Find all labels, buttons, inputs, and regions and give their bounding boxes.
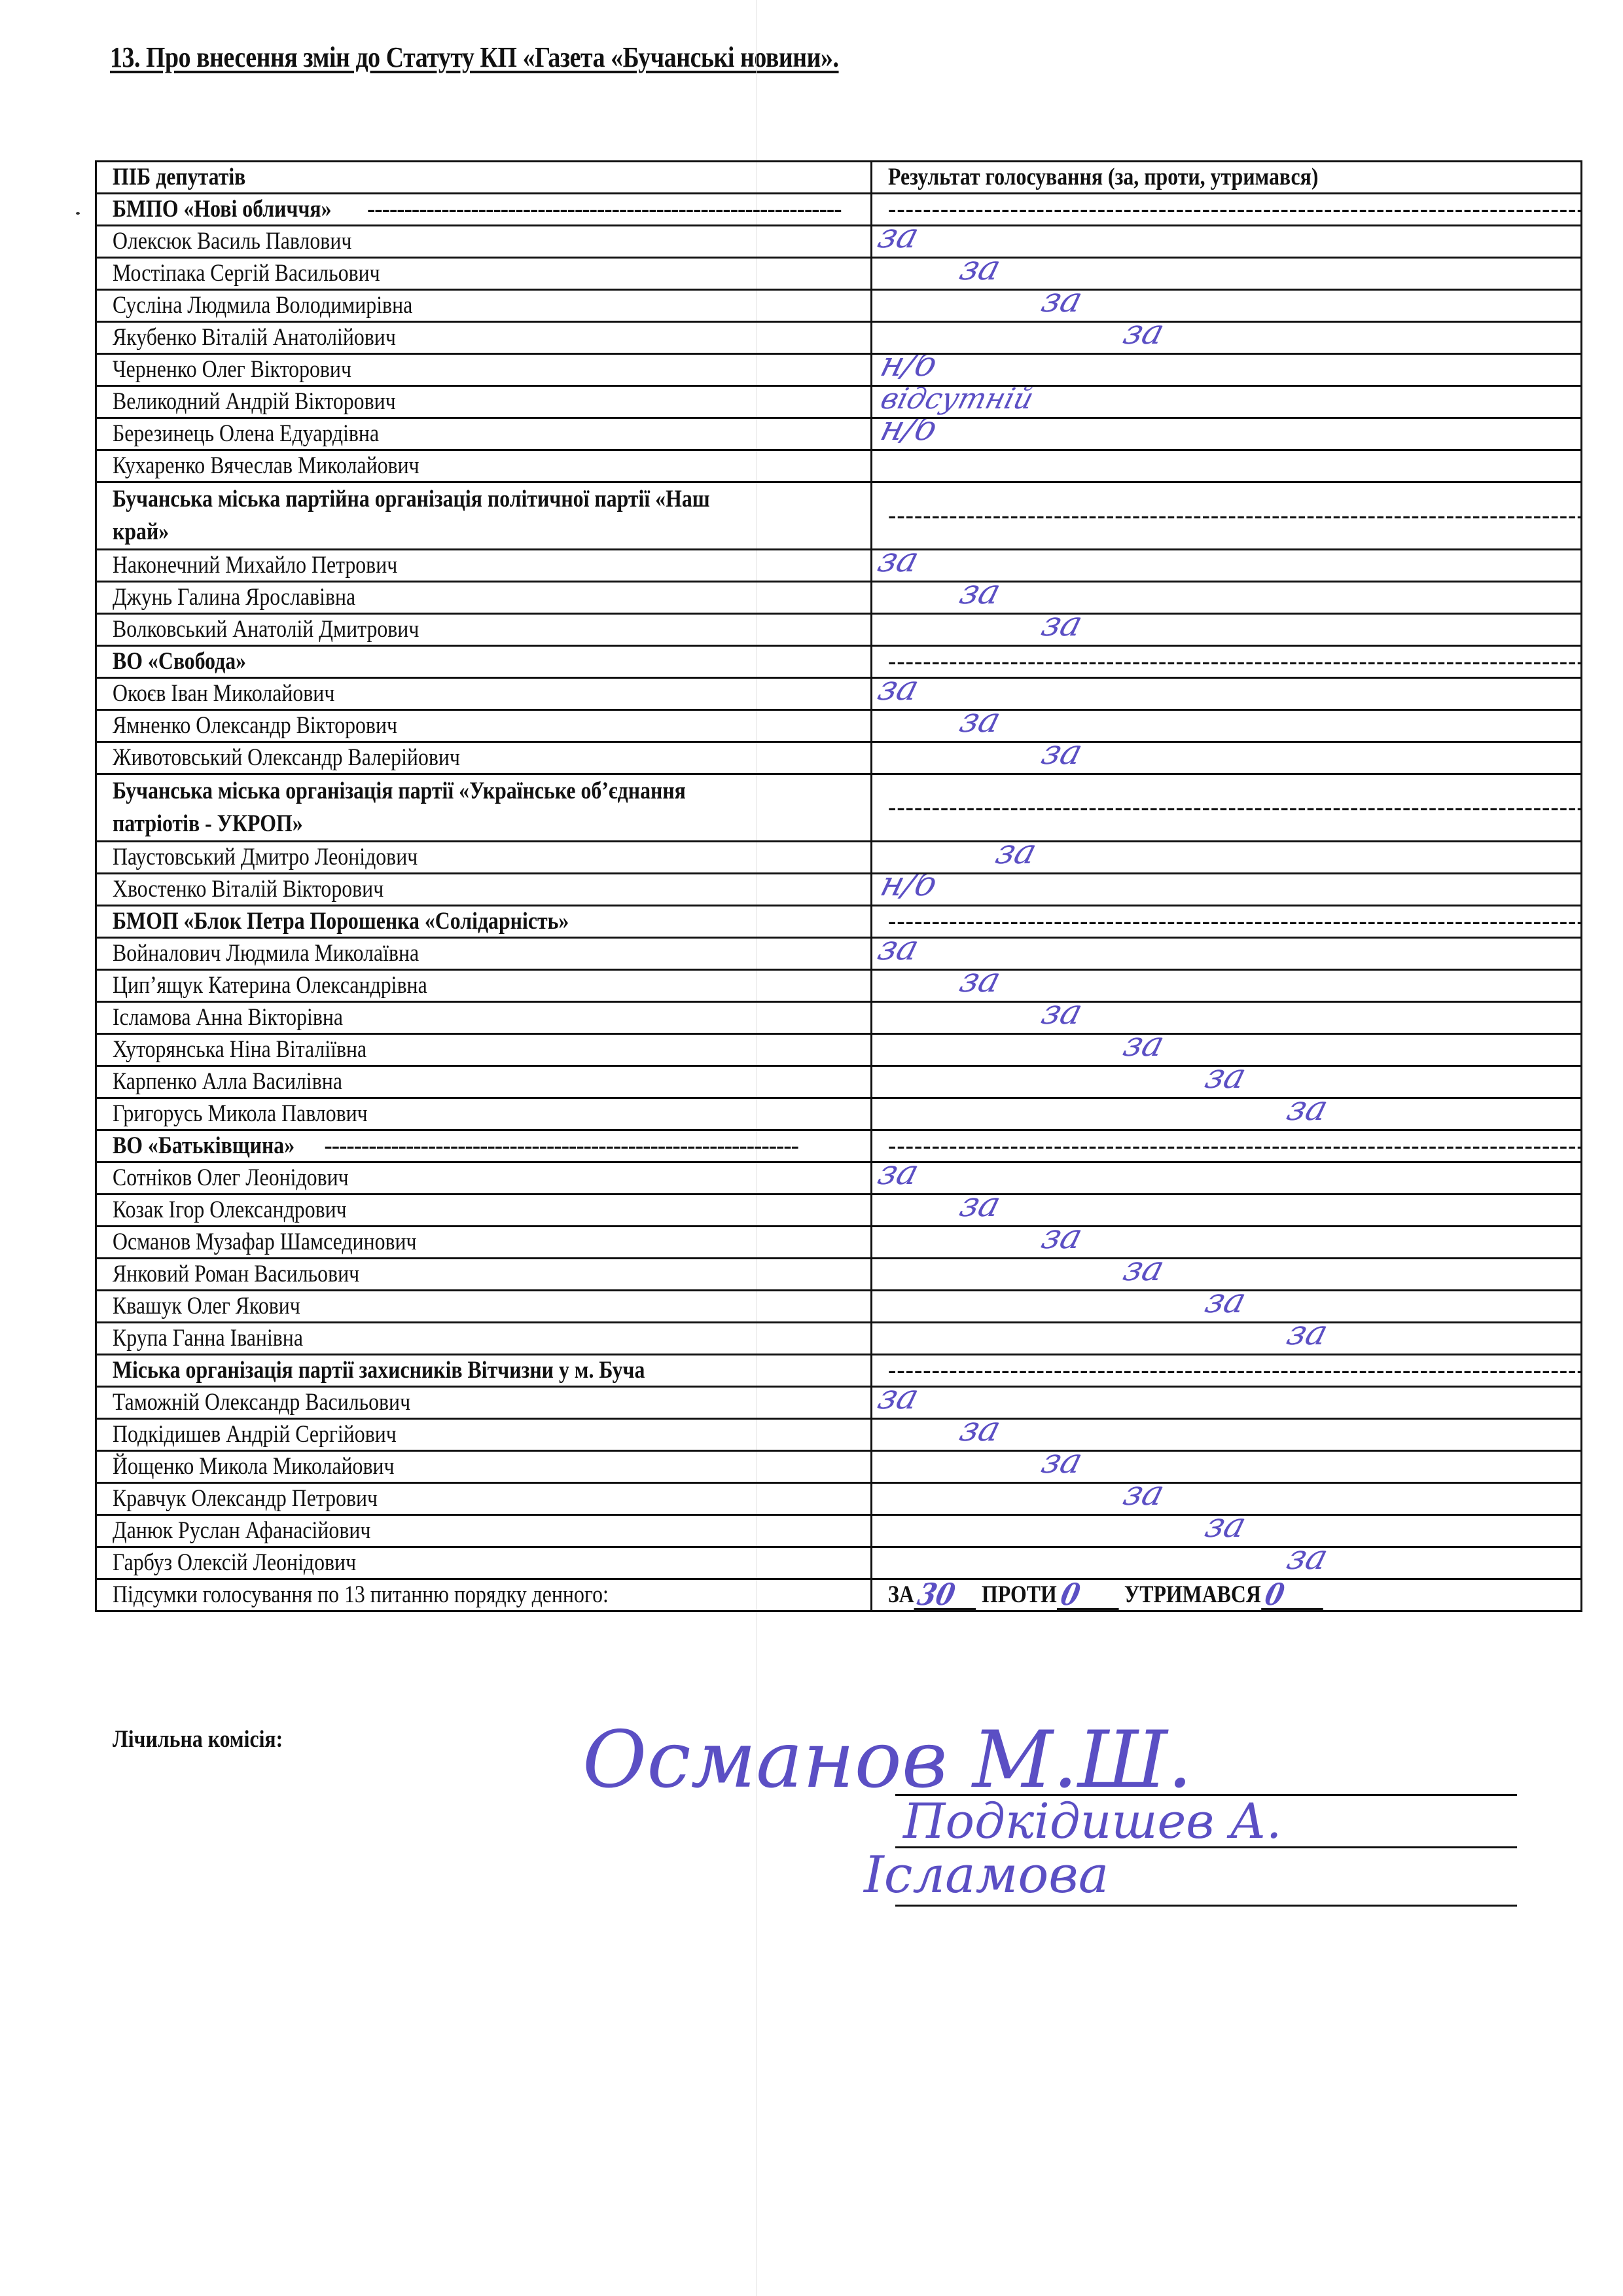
deputy-row: Мостіпака Сергій Васильовичза xyxy=(96,258,1582,290)
handwritten-vote: за xyxy=(957,1194,1004,1221)
party-result-placeholder: ----------------------------------------… xyxy=(872,646,1582,678)
deputy-name-text: Кухаренко Вячеслав Миколайович xyxy=(113,451,419,481)
deputy-vote-cell: за xyxy=(872,1419,1582,1451)
deputy-vote-cell: за xyxy=(872,742,1582,774)
result-dashes: ----------------------------------------… xyxy=(888,1355,1580,1386)
deputy-row: Якубенко Віталій Анатолійовичза xyxy=(96,322,1582,354)
handwritten-vote: за xyxy=(875,1162,922,1189)
voting-table: ПІБ депутатів Результат голосування (за,… xyxy=(95,160,1582,1612)
deputy-row: Подкідишев Андрій Сергійовичза xyxy=(96,1419,1582,1451)
deputy-name: Сотніков Олег Леонідович xyxy=(96,1162,872,1194)
deputy-row: Хвостенко Віталій Вікторовичн/б xyxy=(96,874,1582,906)
deputy-name-text: Хвостенко Віталій Вікторович xyxy=(113,874,383,905)
signature-1: Османов М.Ш. xyxy=(582,1715,1192,1806)
deputy-row: Хуторянська Ніна Віталіївназа xyxy=(96,1034,1582,1066)
party-label: БМПО «Нові обличчя» xyxy=(113,194,332,224)
party-label: Міська організація партії захисників Віт… xyxy=(113,1355,645,1386)
handwritten-vote: за xyxy=(957,710,1004,736)
handwritten-vote: за xyxy=(1120,322,1168,348)
deputy-name-text: Янковий Роман Васильович xyxy=(113,1259,359,1289)
deputy-row: Ямненко Олександр Вікторовичза xyxy=(96,710,1582,742)
handwritten-vote: н/б xyxy=(878,874,940,900)
deputy-vote-cell: за xyxy=(872,322,1582,354)
deputy-vote-cell: за xyxy=(872,1259,1582,1291)
votes-for-value: 30 xyxy=(915,1579,958,1609)
deputy-name-text: Якубенко Віталій Анатолійович xyxy=(113,323,396,353)
deputy-name: Таможній Олександр Васильович xyxy=(96,1387,872,1419)
deputy-row: Паустовський Дмитро Леонідовичза xyxy=(96,842,1582,874)
handwritten-vote: за xyxy=(1202,1291,1249,1317)
deputy-row: Сусліна Людмила Володимирівназа xyxy=(96,290,1582,322)
deputy-vote-cell: за xyxy=(872,842,1582,874)
deputy-name: Ісламова Анна Вікторівна xyxy=(96,1002,872,1034)
votes-against-value: 0 xyxy=(1058,1579,1082,1609)
deputy-name: Великодний Андрій Вікторович xyxy=(96,386,872,418)
deputy-name-text: Великодний Андрій Вікторович xyxy=(113,387,396,417)
deputy-name-text: Григорусь Микола Павлович xyxy=(113,1099,368,1129)
summary-values: ЗА30ПРОТИ0УТРИМАВСЯ0 xyxy=(872,1579,1582,1611)
deputy-row: Крупа Ганна Іванівназа xyxy=(96,1323,1582,1355)
party-name: ВО «Свобода» xyxy=(96,646,872,678)
party-row: БМОП «Блок Петра Порошенка «Солідарність… xyxy=(96,906,1582,938)
votes-abstain-value: 0 xyxy=(1262,1579,1287,1609)
party-result-placeholder: ----------------------------------------… xyxy=(872,906,1582,938)
deputy-vote-cell: за xyxy=(872,678,1582,710)
counting-commission-label: Лічильна комісія: xyxy=(113,1725,283,1753)
deputy-name: Джунь Галина Ярославівна xyxy=(96,582,872,614)
deputy-name-text: Войналович Людмила Миколаївна xyxy=(113,939,419,969)
deputy-name: Кухаренко Вячеслав Миколайович xyxy=(96,450,872,482)
deputy-name-text: Ямненко Олександр Вікторович xyxy=(113,711,397,741)
deputy-name: Окоєв Іван Миколайович xyxy=(96,678,872,710)
handwritten-vote: за xyxy=(1039,1002,1086,1028)
handwritten-vote: за xyxy=(1120,1034,1168,1060)
deputy-name-text: Йощенко Микола Миколайович xyxy=(113,1452,395,1482)
deputy-vote-cell: н/б xyxy=(872,354,1582,386)
deputy-vote-cell: за xyxy=(872,1483,1582,1515)
header-names: ПІБ депутатів xyxy=(96,162,872,194)
deputy-row: Таможній Олександр Васильовичза xyxy=(96,1387,1582,1419)
table-header-row: ПІБ депутатів Результат голосування (за,… xyxy=(96,162,1582,194)
handwritten-vote: відсутній xyxy=(878,386,1037,415)
party-label: Бучанська міська партійна організація по… xyxy=(113,483,764,548)
result-dashes: ----------------------------------------… xyxy=(888,1131,1580,1161)
deputy-name-text: Козак Ігор Олександрович xyxy=(113,1195,347,1225)
deputy-name-text: Животовський Олександр Валерійович xyxy=(113,743,460,773)
handwritten-vote: за xyxy=(1039,1451,1086,1477)
deputy-vote-cell: за xyxy=(872,1227,1582,1259)
deputy-row: Янковий Роман Васильовичза xyxy=(96,1259,1582,1291)
deputy-row: Наконечний Михайло Петровичза xyxy=(96,550,1582,582)
deputy-name-text: Цип’ящук Катерина Олександрівна xyxy=(113,971,427,1001)
deputy-name: Войналович Людмила Миколаївна xyxy=(96,938,872,970)
signature-3: Ісламова xyxy=(864,1846,1109,1905)
deputy-vote-cell: за xyxy=(872,614,1582,646)
header-result: Результат голосування (за, проти, утрима… xyxy=(872,162,1582,194)
votes-against-blank: 0 xyxy=(1057,1582,1119,1610)
deputy-name-text: Мостіпака Сергій Васильович xyxy=(113,259,380,289)
result-dashes: ----------------------------------------… xyxy=(888,501,1580,531)
deputy-row: Олексюк Василь Павловичза xyxy=(96,226,1582,258)
deputy-name: Подкідишев Андрій Сергійович xyxy=(96,1419,872,1451)
deputy-name: Гарбуз Олексій Леонідович xyxy=(96,1547,872,1579)
votes-for-blank: 30 xyxy=(914,1582,976,1610)
deputy-name-text: Сусліна Людмила Володимирівна xyxy=(113,291,412,321)
signature-line-3 xyxy=(895,1905,1517,1907)
deputy-name: Животовський Олександр Валерійович xyxy=(96,742,872,774)
handwritten-vote: за xyxy=(1202,1515,1249,1541)
deputy-name: Крупа Ганна Іванівна xyxy=(96,1323,872,1355)
summary-label-cell: Підсумки голосування по 13 питанню поряд… xyxy=(96,1579,872,1611)
deputy-vote-cell: за xyxy=(872,1066,1582,1098)
deputy-name: Черненко Олег Вікторович xyxy=(96,354,872,386)
handwritten-vote: за xyxy=(1284,1323,1331,1349)
party-label: ВО «Свобода» xyxy=(113,647,246,677)
party-dashes: ----------------------------------------… xyxy=(324,1132,798,1159)
summary-label: Підсумки голосування по 13 питанню поряд… xyxy=(113,1580,609,1610)
votes-against-label: ПРОТИ xyxy=(982,1581,1057,1608)
votes-for-label: ЗА xyxy=(888,1581,914,1608)
deputy-vote-cell: за xyxy=(872,582,1582,614)
deputy-vote-cell: за xyxy=(872,970,1582,1002)
deputy-name-text: Османов Музафар Шамсединович xyxy=(113,1227,417,1257)
deputy-name: Паустовський Дмитро Леонідович xyxy=(96,842,872,874)
deputy-name-text: Крупа Ганна Іванівна xyxy=(113,1323,303,1354)
deputy-name: Кравчук Олександр Петрович xyxy=(96,1483,872,1515)
deputy-row: Гарбуз Олексій Леонідовичза xyxy=(96,1547,1582,1579)
party-label: Бучанська міська організація партії «Укр… xyxy=(113,775,764,840)
deputy-name: Йощенко Микола Миколайович xyxy=(96,1451,872,1483)
handwritten-vote: за xyxy=(957,258,1004,284)
deputy-name: Мостіпака Сергій Васильович xyxy=(96,258,872,290)
deputy-name: Козак Ігор Олександрович xyxy=(96,1194,872,1227)
handwritten-vote: н/б xyxy=(878,354,940,380)
party-result-placeholder: ----------------------------------------… xyxy=(872,1355,1582,1387)
deputy-row: Окоєв Іван Миколайовичза xyxy=(96,678,1582,710)
deputy-vote-cell: за xyxy=(872,1291,1582,1323)
deputy-name: Сусліна Людмила Володимирівна xyxy=(96,290,872,322)
party-row: ВО «Свобода»----------------------------… xyxy=(96,646,1582,678)
party-name: ВО «Батьківщина»------------------------… xyxy=(96,1130,872,1162)
handwritten-vote: за xyxy=(993,842,1040,868)
deputy-name: Хуторянська Ніна Віталіївна xyxy=(96,1034,872,1066)
party-name: Бучанська міська партійна організація по… xyxy=(96,482,872,550)
party-result-placeholder: ----------------------------------------… xyxy=(872,774,1582,842)
party-name: БМПО «Нові обличчя»---------------------… xyxy=(96,194,872,226)
deputy-vote-cell: за xyxy=(872,1323,1582,1355)
party-result-placeholder: ----------------------------------------… xyxy=(872,482,1582,550)
votes-abstain-blank: 0 xyxy=(1261,1582,1323,1610)
deputy-name-text: Хуторянська Ніна Віталіївна xyxy=(113,1035,366,1065)
handwritten-vote: за xyxy=(875,226,922,252)
deputy-row: Григорусь Микола Павловичза xyxy=(96,1098,1582,1130)
deputy-name: Карпенко Алла Василівна xyxy=(96,1066,872,1098)
handwritten-vote: за xyxy=(1039,614,1086,640)
party-result-placeholder: ----------------------------------------… xyxy=(872,194,1582,226)
deputy-name-text: Кравчук Олександр Петрович xyxy=(113,1484,378,1514)
signature-2: Подкідишев А. xyxy=(903,1793,1281,1850)
deputy-name-text: Наконечний Михайло Петрович xyxy=(113,550,397,581)
result-dashes: ----------------------------------------… xyxy=(888,906,1580,937)
deputy-name: Османов Музафар Шамсединович xyxy=(96,1227,872,1259)
deputy-row: Кухаренко Вячеслав Миколайович xyxy=(96,450,1582,482)
deputy-row: Османов Музафар Шамсединовичза xyxy=(96,1227,1582,1259)
party-name: Міська організація партії захисників Віт… xyxy=(96,1355,872,1387)
deputy-name: Хвостенко Віталій Вікторович xyxy=(96,874,872,906)
deputy-name-text: Окоєв Іван Миколайович xyxy=(113,679,334,709)
deputy-row: Войналович Людмила Миколаївназа xyxy=(96,938,1582,970)
deputy-name: Данюк Руслан Афанасійович xyxy=(96,1515,872,1547)
deputy-vote-cell: за xyxy=(872,1034,1582,1066)
deputy-vote-cell: за xyxy=(872,1002,1582,1034)
deputy-name: Григорусь Микола Павлович xyxy=(96,1098,872,1130)
party-name: БМОП «Блок Петра Порошенка «Солідарність… xyxy=(96,906,872,938)
party-row: Міська організація партії захисників Віт… xyxy=(96,1355,1582,1387)
deputy-vote-cell: н/б xyxy=(872,874,1582,906)
deputy-name-text: Квашук Олег Якович xyxy=(113,1291,300,1321)
deputy-name: Наконечний Михайло Петрович xyxy=(96,550,872,582)
deputy-name-text: Сотніков Олег Леонідович xyxy=(113,1163,349,1193)
deputy-row: Цип’ящук Катерина Олександрівназа xyxy=(96,970,1582,1002)
deputy-name-text: Карпенко Алла Василівна xyxy=(113,1067,342,1097)
party-name: Бучанська міська організація партії «Укр… xyxy=(96,774,872,842)
deputy-name: Олексюк Василь Павлович xyxy=(96,226,872,258)
deputy-name: Квашук Олег Якович xyxy=(96,1291,872,1323)
party-label: БМОП «Блок Петра Порошенка «Солідарність… xyxy=(113,906,569,937)
deputy-row: Кравчук Олександр Петровичза xyxy=(96,1483,1582,1515)
summary-values-wrap: ЗА30ПРОТИ0УТРИМАВСЯ0 xyxy=(888,1580,1329,1610)
deputy-name: Ямненко Олександр Вікторович xyxy=(96,710,872,742)
deputy-row: Козак Ігор Олександровичза xyxy=(96,1194,1582,1227)
handwritten-vote: за xyxy=(875,938,922,964)
handwritten-vote: за xyxy=(957,970,1004,996)
scan-artifact xyxy=(76,212,80,215)
deputy-row: Березинець Олена Едуардівнан/б xyxy=(96,418,1582,450)
result-dashes: ----------------------------------------… xyxy=(888,647,1580,677)
deputy-row: Джунь Галина Ярославівназа xyxy=(96,582,1582,614)
deputy-vote-cell: за xyxy=(872,290,1582,322)
deputy-vote-cell: за xyxy=(872,938,1582,970)
deputy-vote-cell: за xyxy=(872,226,1582,258)
deputy-name-text: Черненко Олег Вікторович xyxy=(113,355,351,385)
party-row: Бучанська міська партійна організація по… xyxy=(96,482,1582,550)
deputy-vote-cell: за xyxy=(872,1162,1582,1194)
deputy-row: Сотніков Олег Леонідовичза xyxy=(96,1162,1582,1194)
handwritten-vote: за xyxy=(957,1419,1004,1445)
handwritten-vote: за xyxy=(875,678,922,704)
deputy-name: Березинець Олена Едуардівна xyxy=(96,418,872,450)
handwritten-vote: за xyxy=(1120,1259,1168,1285)
handwritten-vote: за xyxy=(1039,742,1086,768)
result-dashes: ----------------------------------------… xyxy=(888,194,1580,224)
deputy-name-text: Олексюк Василь Павлович xyxy=(113,226,351,257)
party-label: ВО «Батьківщина» xyxy=(113,1131,294,1161)
deputy-name-text: Джунь Галина Ярославівна xyxy=(113,583,355,613)
handwritten-vote: за xyxy=(957,582,1004,608)
handwritten-vote: за xyxy=(1039,290,1086,316)
handwritten-vote: за xyxy=(875,1387,922,1413)
deputy-row: Великодний Андрій Вікторовичвідсутній xyxy=(96,386,1582,418)
deputy-vote-cell: відсутній xyxy=(872,386,1582,418)
handwritten-vote: за xyxy=(1202,1066,1249,1092)
deputy-vote-cell: за xyxy=(872,550,1582,582)
handwritten-vote: за xyxy=(1039,1227,1086,1253)
party-dashes: ----------------------------------------… xyxy=(367,196,842,223)
deputy-vote-cell: за xyxy=(872,1098,1582,1130)
votes-abstain-label: УТРИМАВСЯ xyxy=(1124,1581,1261,1608)
deputy-name-text: Гарбуз Олексій Леонідович xyxy=(113,1548,356,1578)
deputy-vote-cell: за xyxy=(872,258,1582,290)
deputy-row: Ісламова Анна Вікторівназа xyxy=(96,1002,1582,1034)
deputy-name-text: Подкідишев Андрій Сергійович xyxy=(113,1420,397,1450)
handwritten-vote: за xyxy=(1120,1483,1168,1509)
handwritten-vote: за xyxy=(1284,1547,1331,1573)
deputy-name: Цип’ящук Катерина Олександрівна xyxy=(96,970,872,1002)
result-dashes: ----------------------------------------… xyxy=(888,793,1580,823)
deputy-vote-cell: за xyxy=(872,1451,1582,1483)
deputy-name: Янковий Роман Васильович xyxy=(96,1259,872,1291)
deputy-name-text: Данюк Руслан Афанасійович xyxy=(113,1516,370,1546)
party-row: БМПО «Нові обличчя»---------------------… xyxy=(96,194,1582,226)
deputy-row: Волковський Анатолій Дмитровичза xyxy=(96,614,1582,646)
deputy-vote-cell: за xyxy=(872,1515,1582,1547)
party-row: ВО «Батьківщина»------------------------… xyxy=(96,1130,1582,1162)
deputy-vote-cell xyxy=(872,450,1582,482)
deputy-name-text: Волковський Анатолій Дмитрович xyxy=(113,615,419,645)
deputy-vote-cell: н/б xyxy=(872,418,1582,450)
deputy-row: Карпенко Алла Василівназа xyxy=(96,1066,1582,1098)
party-result-placeholder: ----------------------------------------… xyxy=(872,1130,1582,1162)
handwritten-vote: за xyxy=(1284,1098,1331,1124)
deputy-row: Йощенко Микола Миколайовичза xyxy=(96,1451,1582,1483)
deputy-vote-cell: за xyxy=(872,1387,1582,1419)
deputy-vote-cell: за xyxy=(872,1547,1582,1579)
handwritten-vote: за xyxy=(875,550,922,576)
deputy-vote-cell: за xyxy=(872,1194,1582,1227)
summary-row: Підсумки голосування по 13 питанню поряд… xyxy=(96,1579,1582,1611)
party-row: Бучанська міська організація партії «Укр… xyxy=(96,774,1582,842)
deputy-name: Якубенко Віталій Анатолійович xyxy=(96,322,872,354)
deputy-row: Квашук Олег Яковичза xyxy=(96,1291,1582,1323)
deputy-name: Волковський Анатолій Дмитрович xyxy=(96,614,872,646)
deputy-name-text: Таможній Олександр Васильович xyxy=(113,1388,410,1418)
deputy-row: Данюк Руслан Афанасійовичза xyxy=(96,1515,1582,1547)
deputy-row: Черненко Олег Вікторовичн/б xyxy=(96,354,1582,386)
deputy-name-text: Паустовський Дмитро Леонідович xyxy=(113,842,418,872)
deputy-vote-cell: за xyxy=(872,710,1582,742)
deputy-row: Животовський Олександр Валерійовичза xyxy=(96,742,1582,774)
deputy-name-text: Березинець Олена Едуардівна xyxy=(113,419,379,449)
deputy-name-text: Ісламова Анна Вікторівна xyxy=(113,1003,343,1033)
handwritten-vote: н/б xyxy=(878,418,940,444)
page-title: 13. Про внесення змін до Статуту КП «Газ… xyxy=(110,41,839,74)
